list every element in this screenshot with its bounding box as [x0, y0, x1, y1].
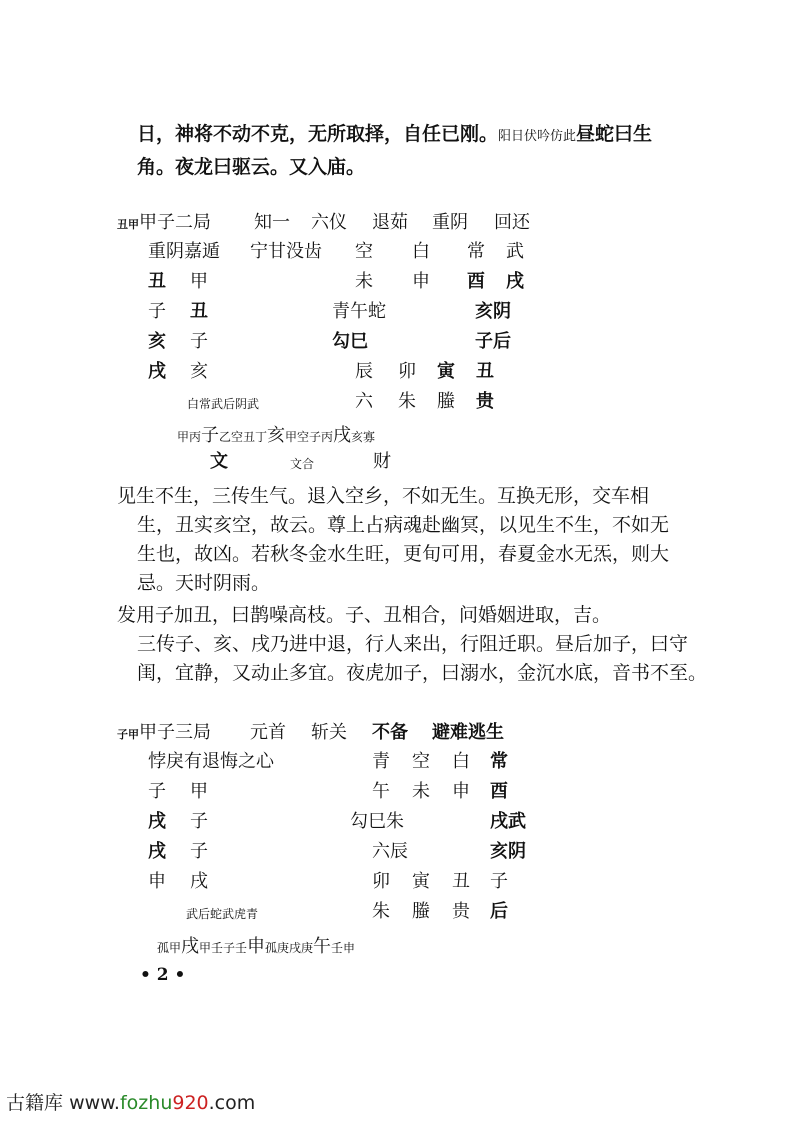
s3-san-chuan: 孤甲戌甲壬子壬申孤庚戌庚午壬申 — [157, 932, 355, 958]
section3-tag: 避难逃生 — [432, 722, 504, 744]
s3-ke: 甲 — [190, 781, 208, 803]
s3-general-bottom: 朱 — [372, 901, 390, 923]
s2-ke: 亥 — [190, 361, 208, 383]
s2-ke: 子 — [190, 331, 208, 353]
url-green: fozhu — [120, 1092, 172, 1114]
s2-relation: 文合 — [290, 455, 314, 473]
s3-general-top: 常 — [490, 751, 508, 773]
s2-general-bottom: 螣 — [437, 391, 455, 413]
section2-tag: 回还 — [494, 212, 530, 234]
s3-ke: 戌 — [190, 871, 208, 893]
s2-relation: 财 — [373, 451, 391, 473]
s2-fayong-1: 发用子加丑，曰鹊噪高枝。子、丑相合，问婚姻进取，吉。 — [117, 603, 611, 627]
s3-branch-bottom: 子 — [490, 871, 508, 893]
s3-left-mid: 勾巳朱 — [350, 811, 404, 833]
s3-ke: 子 — [190, 811, 208, 833]
s2-left-mid: 青午蛇 — [332, 301, 386, 323]
url-prefix: www. — [69, 1092, 120, 1114]
s2-ke: 亥 — [148, 331, 166, 353]
page-number: • 2 • — [140, 965, 185, 985]
s2-sc-part: 乙空丑丁 — [219, 430, 267, 444]
s2-ke: 甲 — [190, 271, 208, 293]
intro-note: 阳日伏吟仿此 — [498, 129, 576, 144]
s2-ke-generals: 白常武后阴武 — [187, 395, 259, 413]
s2-branch-top: 申 — [412, 271, 430, 293]
watermark-url[interactable]: www.fozhu920.com — [69, 1092, 255, 1114]
section3-title: 甲子三局 — [139, 722, 211, 743]
s2-commentary-2: 生，丑实亥空，故云。尊上占病魂赴幽冥，以见生不生，不如无 — [137, 513, 669, 537]
s2-ke: 子 — [148, 301, 166, 323]
s2-branch-bottom: 辰 — [355, 361, 373, 383]
s3-general-bottom: 贵 — [452, 901, 470, 923]
s2-branch-bottom: 卯 — [398, 361, 416, 383]
s3-sc-part: 申 — [247, 936, 265, 957]
s2-ke: 丑 — [148, 271, 166, 293]
section3-prefix: 子甲 — [117, 728, 139, 741]
s2-sc-part: 子 — [201, 425, 219, 446]
s2-right-mid: 亥阴 — [475, 301, 511, 323]
s2-general-bottom: 朱 — [398, 391, 416, 413]
s2-sc-part: 甲丙 — [177, 430, 201, 444]
s2-right-mid: 子后 — [475, 331, 511, 353]
section3-tag: 不备 — [372, 722, 408, 744]
s3-branch-top: 未 — [412, 781, 430, 803]
s2-general-bottom: 贵 — [476, 391, 494, 413]
s3-sc-part: 午 — [313, 936, 331, 957]
s3-branch-bottom: 寅 — [412, 871, 430, 893]
s2-sc-part: 亥 — [267, 425, 285, 446]
s2-left-mid: 勾巳 — [332, 331, 368, 353]
s2-fayong-2: 三传子、亥、戌乃进中退，行人来出，行阻迁职。昼后加子，曰守 — [137, 632, 688, 656]
s3-branch-top: 酉 — [490, 781, 508, 803]
s3-sc-part: 甲壬子壬 — [199, 941, 247, 955]
s2-sc-part: 甲空子丙 — [285, 430, 333, 444]
section2-sub: 重阴嘉遁 — [148, 241, 220, 263]
s2-general-top: 空 — [355, 241, 373, 263]
s3-right-mid: 戌武 — [490, 811, 526, 833]
s2-commentary-3: 生也，故凶。若秋冬金水生旺，更旬可用，春夏金水无炁，则大 — [137, 542, 669, 566]
s3-branch-bottom: 卯 — [372, 871, 390, 893]
s3-ke: 子 — [148, 781, 166, 803]
section3-heading: 子甲甲子三局 — [117, 722, 211, 746]
s3-sc-part: 孤甲 — [157, 941, 181, 955]
s3-ke: 戌 — [148, 811, 166, 833]
section2-sub: 宁甘没齿 — [250, 241, 322, 263]
s3-ke: 申 — [148, 871, 166, 893]
s3-branch-top: 申 — [452, 781, 470, 803]
s2-branch-bottom: 丑 — [476, 361, 494, 383]
url-red: 920 — [172, 1092, 208, 1114]
intro-line-1: 日，神将不动不克，无所取择，自任已刚。阳日伏吟仿此昼蛇曰生 — [137, 122, 652, 146]
section3-tag: 元首 — [250, 722, 286, 744]
section2-tag: 退茹 — [372, 212, 408, 234]
section2-tag: 知一 — [254, 212, 290, 234]
watermark: 古籍库 www.fozhu920.com — [6, 1088, 255, 1115]
s3-ke: 戌 — [148, 841, 166, 863]
s2-general-top: 白 — [412, 241, 430, 263]
intro-line-2: 角。夜龙曰驱云。又入庙。 — [137, 155, 365, 179]
s3-sc-part: 戌 — [181, 936, 199, 957]
s2-sc-part: 亥寡 — [351, 430, 375, 444]
s3-general-top: 白 — [452, 751, 470, 773]
s2-san-chuan: 甲丙子乙空丑丁亥甲空子丙戌亥寡 — [177, 421, 375, 447]
s2-commentary-4: 忌。天时阴雨。 — [137, 571, 270, 595]
intro-line-1-tail: 昼蛇曰生 — [576, 123, 652, 145]
section2-heading: 丑甲甲子二局 — [117, 212, 211, 236]
s2-general-bottom: 六 — [355, 391, 373, 413]
intro-line-1-main: 日，神将不动不克，无所取择，自任已刚。 — [137, 123, 498, 145]
s2-branch-top: 酉 — [467, 271, 485, 293]
section2-tag: 六仪 — [311, 212, 347, 234]
s3-branch-bottom: 丑 — [452, 871, 470, 893]
s2-branch-top: 戌 — [506, 271, 524, 293]
section3-tag: 斩关 — [311, 722, 347, 744]
s3-ke-generals: 武后蛇武虎青 — [186, 905, 258, 923]
s2-general-top: 常 — [467, 241, 485, 263]
s3-right-mid: 亥阴 — [490, 841, 526, 863]
s3-general-top: 青 — [372, 751, 390, 773]
section2-title: 甲子二局 — [139, 212, 211, 233]
section3-sub: 悖戾有退悔之心 — [148, 751, 274, 773]
watermark-site-name: 古籍库 — [6, 1092, 63, 1114]
s2-commentary-1: 见生不生，三传生气。退入空乡，不如无生。互换无形，交车相 — [117, 484, 649, 508]
s3-general-bottom: 螣 — [412, 901, 430, 923]
s3-sc-part: 孤庚戌庚 — [265, 941, 313, 955]
s2-sc-part: 戌 — [333, 425, 351, 446]
s3-left-mid: 六辰 — [372, 841, 408, 863]
s3-branch-top: 午 — [372, 781, 390, 803]
section2-prefix: 丑甲 — [117, 218, 139, 231]
s2-ke: 丑 — [190, 301, 208, 323]
s2-fayong-3: 闺，宜静，又动止多宜。夜虎加子，曰溺水，金沉水底，音书不至。 — [137, 661, 707, 685]
section2-tag: 重阴 — [432, 212, 468, 234]
s3-general-top: 空 — [412, 751, 430, 773]
url-suffix: .com — [209, 1092, 256, 1114]
s3-sc-part: 壬申 — [331, 941, 355, 955]
s2-general-top: 武 — [506, 241, 524, 263]
s2-relation: 文 — [210, 451, 228, 473]
s2-branch-top: 未 — [355, 271, 373, 293]
s2-ke: 戌 — [148, 361, 166, 383]
s3-ke: 子 — [190, 841, 208, 863]
s2-branch-bottom: 寅 — [437, 361, 455, 383]
s3-general-bottom: 后 — [490, 901, 508, 923]
